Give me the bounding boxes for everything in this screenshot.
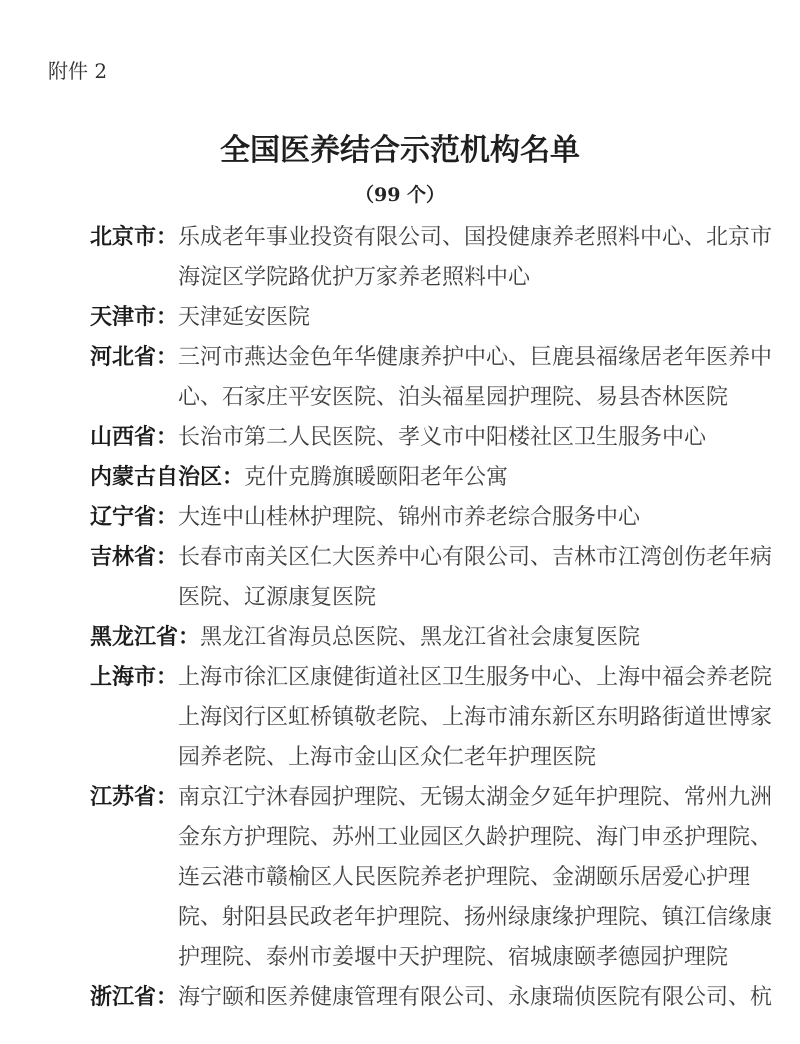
entry-text: 克什克腾旗暖颐阳老年公寓 [244,465,508,490]
entry-text: 南京江宁沐春园护理院、无锡太湖金夕延年护理院、常州九洲 [178,785,772,810]
institution-list: 北京市：乐成老年事业投资有限公司、国投健康养老照料中心、北京市 海淀区学院路优护… [90,218,780,1018]
entry-line: 山西省：长治市第二人民医院、孝义市中阳楼社区卫生服务中心 [90,418,780,458]
entry-line: 吉林省：长春市南关区仁大医养中心有限公司、吉林市江湾创伤老年病 [90,538,780,578]
entry-text: 园养老院、上海市金山区众仁老年护理医院 [178,745,596,770]
entry-text: 金东方护理院、苏州工业园区久龄护理院、海门申丞护理院、 [178,825,772,850]
province-label: 辽宁省： [90,505,178,530]
entry-text: 乐成老年事业投资有限公司、国投健康养老照料中心、北京市 [178,225,772,250]
entry-line: 园养老院、上海市金山区众仁老年护理医院 [178,738,780,778]
entry-line: 医院、辽源康复医院 [178,578,780,618]
entry-line: 心、石家庄平安医院、泊头福星园护理院、易县杏林医院 [178,378,780,418]
entry-text: 护理院、泰州市姜堰中天护理院、宿城康颐孝德园护理院 [178,945,728,970]
entry-line: 天津市：天津延安医院 [90,298,780,338]
entry-line: 河北省：三河市燕达金色年华健康养护中心、巨鹿县福缘居老年医养中 [90,338,780,378]
entry-text: 上海市徐汇区康健街道社区卫生服务中心、上海中福会养老院 [178,665,772,690]
entry-shanxi: 山西省：长治市第二人民医院、孝义市中阳楼社区卫生服务中心 [90,418,780,458]
entry-line: 院、射阳县民政老年护理院、扬州绿康缘护理院、镇江信缘康 [178,898,780,938]
entry-text: 长春市南关区仁大医养中心有限公司、吉林市江湾创伤老年病 [178,545,772,570]
entry-text: 连云港市赣榆区人民医院养老护理院、金湖颐乐居爱心护理 [178,865,750,890]
entry-line: 上海闵行区虹桥镇敬老院、上海市浦东新区东明路街道世博家 [178,698,780,738]
entry-line: 内蒙古自治区：克什克腾旗暖颐阳老年公寓 [90,458,780,498]
province-label: 天津市： [90,305,178,330]
province-label: 江苏省： [90,785,178,810]
entry-zhejiang: 浙江省：海宁颐和医养健康管理有限公司、永康瑞侦医院有限公司、杭 [90,978,780,1018]
entry-neimenggu: 内蒙古自治区：克什克腾旗暖颐阳老年公寓 [90,458,780,498]
document-subtitle: （99 个） [0,182,800,208]
province-label: 北京市： [90,225,178,250]
entry-heilongjiang: 黑龙江省：黑龙江省海员总医院、黑龙江省社会康复医院 [90,618,780,658]
entry-tianjin: 天津市：天津延安医院 [90,298,780,338]
entry-text: 心、石家庄平安医院、泊头福星园护理院、易县杏林医院 [178,385,728,410]
entry-shanghai: 上海市：上海市徐汇区康健街道社区卫生服务中心、上海中福会养老院 上海闵行区虹桥镇… [90,658,780,778]
province-label: 上海市： [90,665,178,690]
entry-text: 海宁颐和医养健康管理有限公司、永康瑞侦医院有限公司、杭 [178,985,772,1010]
province-label: 河北省： [90,345,178,370]
entry-text: 黑龙江省海员总医院、黑龙江省社会康复医院 [200,625,640,650]
entry-line: 黑龙江省：黑龙江省海员总医院、黑龙江省社会康复医院 [90,618,780,658]
entry-text: 长治市第二人民医院、孝义市中阳楼社区卫生服务中心 [178,425,706,450]
province-label: 浙江省： [90,985,178,1010]
province-label: 内蒙古自治区： [90,465,244,490]
entry-line: 浙江省：海宁颐和医养健康管理有限公司、永康瑞侦医院有限公司、杭 [90,978,780,1018]
entry-text: 大连中山桂林护理院、锦州市养老综合服务中心 [178,505,640,530]
entry-liaoning: 辽宁省：大连中山桂林护理院、锦州市养老综合服务中心 [90,498,780,538]
entry-beijing: 北京市：乐成老年事业投资有限公司、国投健康养老照料中心、北京市 海淀区学院路优护… [90,218,780,298]
entry-line: 海淀区学院路优护万家养老照料中心 [178,258,780,298]
entry-text: 院、射阳县民政老年护理院、扬州绿康缘护理院、镇江信缘康 [178,905,772,930]
entry-jilin: 吉林省：长春市南关区仁大医养中心有限公司、吉林市江湾创伤老年病 医院、辽源康复医… [90,538,780,618]
document-page: 附件 2 全国医养结合示范机构名单 （99 个） 北京市：乐成老年事业投资有限公… [0,0,800,1044]
province-label: 黑龙江省： [90,625,200,650]
province-label: 山西省： [90,425,178,450]
province-label: 吉林省： [90,545,178,570]
entry-line: 北京市：乐成老年事业投资有限公司、国投健康养老照料中心、北京市 [90,218,780,258]
document-title: 全国医养结合示范机构名单 [0,132,800,170]
entry-line: 护理院、泰州市姜堰中天护理院、宿城康颐孝德园护理院 [178,938,780,978]
entry-line: 江苏省：南京江宁沐春园护理院、无锡太湖金夕延年护理院、常州九洲 [90,778,780,818]
entry-line: 辽宁省：大连中山桂林护理院、锦州市养老综合服务中心 [90,498,780,538]
entry-jiangsu: 江苏省：南京江宁沐春园护理院、无锡太湖金夕延年护理院、常州九洲 金东方护理院、苏… [90,778,780,978]
entry-line: 金东方护理院、苏州工业园区久龄护理院、海门申丞护理院、 [178,818,780,858]
entry-text: 医院、辽源康复医院 [178,585,376,610]
entry-line: 上海市：上海市徐汇区康健街道社区卫生服务中心、上海中福会养老院 [90,658,780,698]
entry-text: 海淀区学院路优护万家养老照料中心 [178,265,530,290]
entry-text: 三河市燕达金色年华健康养护中心、巨鹿县福缘居老年医养中 [178,345,772,370]
entry-text: 上海闵行区虹桥镇敬老院、上海市浦东新区东明路街道世博家 [178,705,772,730]
entry-line: 连云港市赣榆区人民医院养老护理院、金湖颐乐居爱心护理 [178,858,780,898]
entry-text: 天津延安医院 [178,305,310,330]
attachment-label: 附件 2 [48,58,800,84]
entry-hebei: 河北省：三河市燕达金色年华健康养护中心、巨鹿县福缘居老年医养中 心、石家庄平安医… [90,338,780,418]
